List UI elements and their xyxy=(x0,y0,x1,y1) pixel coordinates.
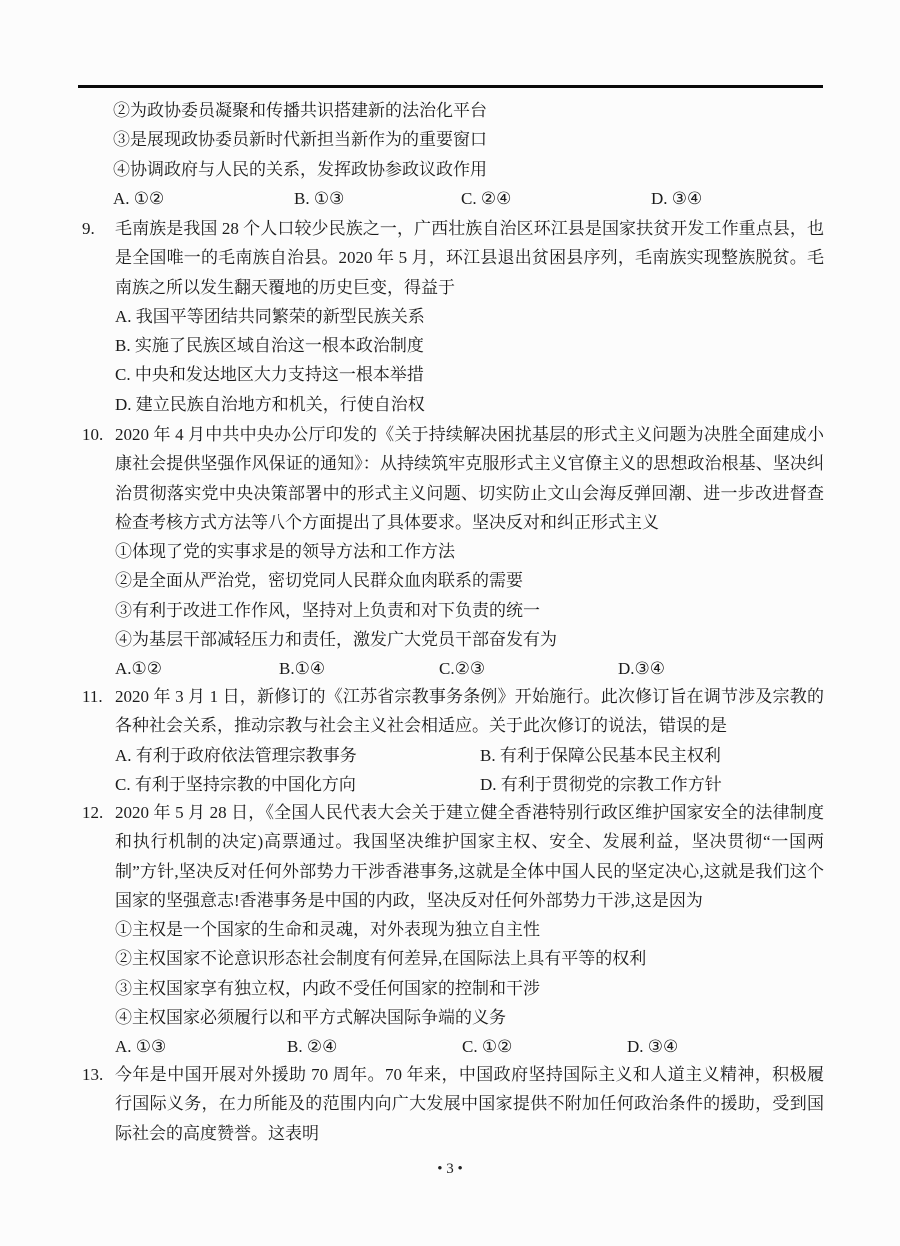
page-top-divider xyxy=(78,85,823,88)
question-12: 12. 2020 年 5 月 28 日，《全国人民代表大会关于建立健全香港特别行… xyxy=(82,798,824,1062)
question-body: 2020 年 5 月 28 日，《全国人民代表大会关于建立健全香港特别行政区维护… xyxy=(115,798,824,1062)
option-d: D. ③④ xyxy=(627,1032,678,1061)
question-9: 9. 毛南族是我国 28 个人口较少民族之一，广西壮族自治区环江县是国家扶贫开发… xyxy=(82,214,824,419)
options-row: A. ①② B. ①③ C. ②④ D. ③④ xyxy=(113,184,822,213)
options-row: A.①② B.①④ C.②③ D.③④ xyxy=(115,654,824,683)
question-item-1: ①主权是一个国家的生命和灵魂，对外表现为独立自主性 xyxy=(115,915,824,944)
option-c: C.②③ xyxy=(439,654,485,683)
question-number: 9. xyxy=(82,214,95,243)
option-c: C. 中央和发达地区大力支持这一根本举措 xyxy=(115,360,824,389)
option-d: D. ③④ xyxy=(651,184,702,213)
options-row: C. 有利于坚持宗教的中国化方向 D. 有利于贯彻党的宗教工作方针 xyxy=(115,770,824,799)
option-a: A. 有利于政府依法管理宗教事务 xyxy=(115,741,357,770)
question-stem: 2020 年 3 月 1 日，新修订的《江苏省宗教事务条例》开始施行。此次修订旨… xyxy=(115,682,824,741)
question-body: 2020 年 4 月中共中央办公厅印发的《关于持续解决困扰基层的形式主义问题为决… xyxy=(115,420,824,684)
question-item-3: ③主权国家享有独立权，内政不受任何国家的控制和干涉 xyxy=(115,974,824,1003)
question-item-4: ④协调政府与人民的关系，发挥政协参政议政作用 xyxy=(113,155,822,184)
question-number: 10. xyxy=(82,420,103,449)
question-body: 今年是中国开展对外援助 70 周年。70 年来，中国政府坚持国际主义和人道主义精… xyxy=(115,1060,824,1148)
question-item-2: ②为政协委员凝聚和传播共识搭建新的法治化平台 xyxy=(113,96,822,125)
exam-page: ②为政协委员凝聚和传播共识搭建新的法治化平台 ③是展现政协委员新时代新担当新作为… xyxy=(0,0,900,1246)
question-number: 13. xyxy=(82,1060,103,1089)
question-body: 2020 年 3 月 1 日，新修订的《江苏省宗教事务条例》开始施行。此次修订旨… xyxy=(115,682,824,799)
option-a: A.①② xyxy=(115,654,162,683)
question-item-4: ④为基层干部减轻压力和责任，激发广大党员干部奋发有为 xyxy=(115,625,824,654)
option-d: D.③④ xyxy=(618,654,665,683)
question-number: 12. xyxy=(82,798,103,827)
question-10: 10. 2020 年 4 月中共中央办公厅印发的《关于持续解决困扰基层的形式主义… xyxy=(82,420,824,684)
question-item-2: ②主权国家不论意识形态社会制度有何差异,在国际法上具有平等的权利 xyxy=(115,944,824,973)
question-item-3: ③有利于改进工作作风，坚持对上负责和对下负责的统一 xyxy=(115,596,824,625)
question-number: 11. xyxy=(82,682,103,711)
option-a: A. ①② xyxy=(113,184,164,213)
question-stem: 毛南族是我国 28 个人口较少民族之一，广西壮族自治区环江县是国家扶贫开发工作重… xyxy=(115,214,824,302)
question-body: 毛南族是我国 28 个人口较少民族之一，广西壮族自治区环江县是国家扶贫开发工作重… xyxy=(115,214,824,419)
question-stem: 2020 年 4 月中共中央办公厅印发的《关于持续解决困扰基层的形式主义问题为决… xyxy=(115,420,824,537)
options-row: A. 有利于政府依法管理宗教事务 B. 有利于保障公民基本民主权利 xyxy=(115,741,824,770)
option-d: D. 有利于贯彻党的宗教工作方针 xyxy=(480,770,722,799)
question-13: 13. 今年是中国开展对外援助 70 周年。70 年来，中国政府坚持国际主义和人… xyxy=(82,1060,824,1148)
question-11: 11. 2020 年 3 月 1 日，新修订的《江苏省宗教事务条例》开始施行。此… xyxy=(82,682,824,799)
question-item-2: ②是全面从严治党，密切党同人民群众血肉联系的需要 xyxy=(115,566,824,595)
question-8-fragment: ②为政协委员凝聚和传播共识搭建新的法治化平台 ③是展现政协委员新时代新担当新作为… xyxy=(113,96,822,213)
question-item-4: ④主权国家必须履行以和平方式解决国际争端的义务 xyxy=(115,1003,824,1032)
page-number: • 3 • xyxy=(0,1155,900,1184)
option-d: D. 建立民族自治地方和机关，行使自治权 xyxy=(115,390,824,419)
option-a: A. ①③ xyxy=(115,1032,166,1061)
question-stem: 2020 年 5 月 28 日，《全国人民代表大会关于建立健全香港特别行政区维护… xyxy=(115,798,824,915)
option-c: C. 有利于坚持宗教的中国化方向 xyxy=(115,770,356,799)
option-b: B.①④ xyxy=(279,654,325,683)
option-b: B. ①③ xyxy=(294,184,344,213)
question-stem: 今年是中国开展对外援助 70 周年。70 年来，中国政府坚持国际主义和人道主义精… xyxy=(115,1060,824,1148)
option-c: C. ②④ xyxy=(461,184,511,213)
option-b: B. 有利于保障公民基本民主权利 xyxy=(480,741,721,770)
question-item-3: ③是展现政协委员新时代新担当新作为的重要窗口 xyxy=(113,125,822,154)
question-item-1: ①体现了党的实事求是的领导方法和工作方法 xyxy=(115,537,824,566)
options-row: A. ①③ B. ②④ C. ①② D. ③④ xyxy=(115,1032,824,1061)
option-c: C. ①② xyxy=(462,1032,512,1061)
option-a: A. 我国平等团结共同繁荣的新型民族关系 xyxy=(115,302,824,331)
option-b: B. ②④ xyxy=(287,1032,337,1061)
option-b: B. 实施了民族区域自治这一根本政治制度 xyxy=(115,331,824,360)
